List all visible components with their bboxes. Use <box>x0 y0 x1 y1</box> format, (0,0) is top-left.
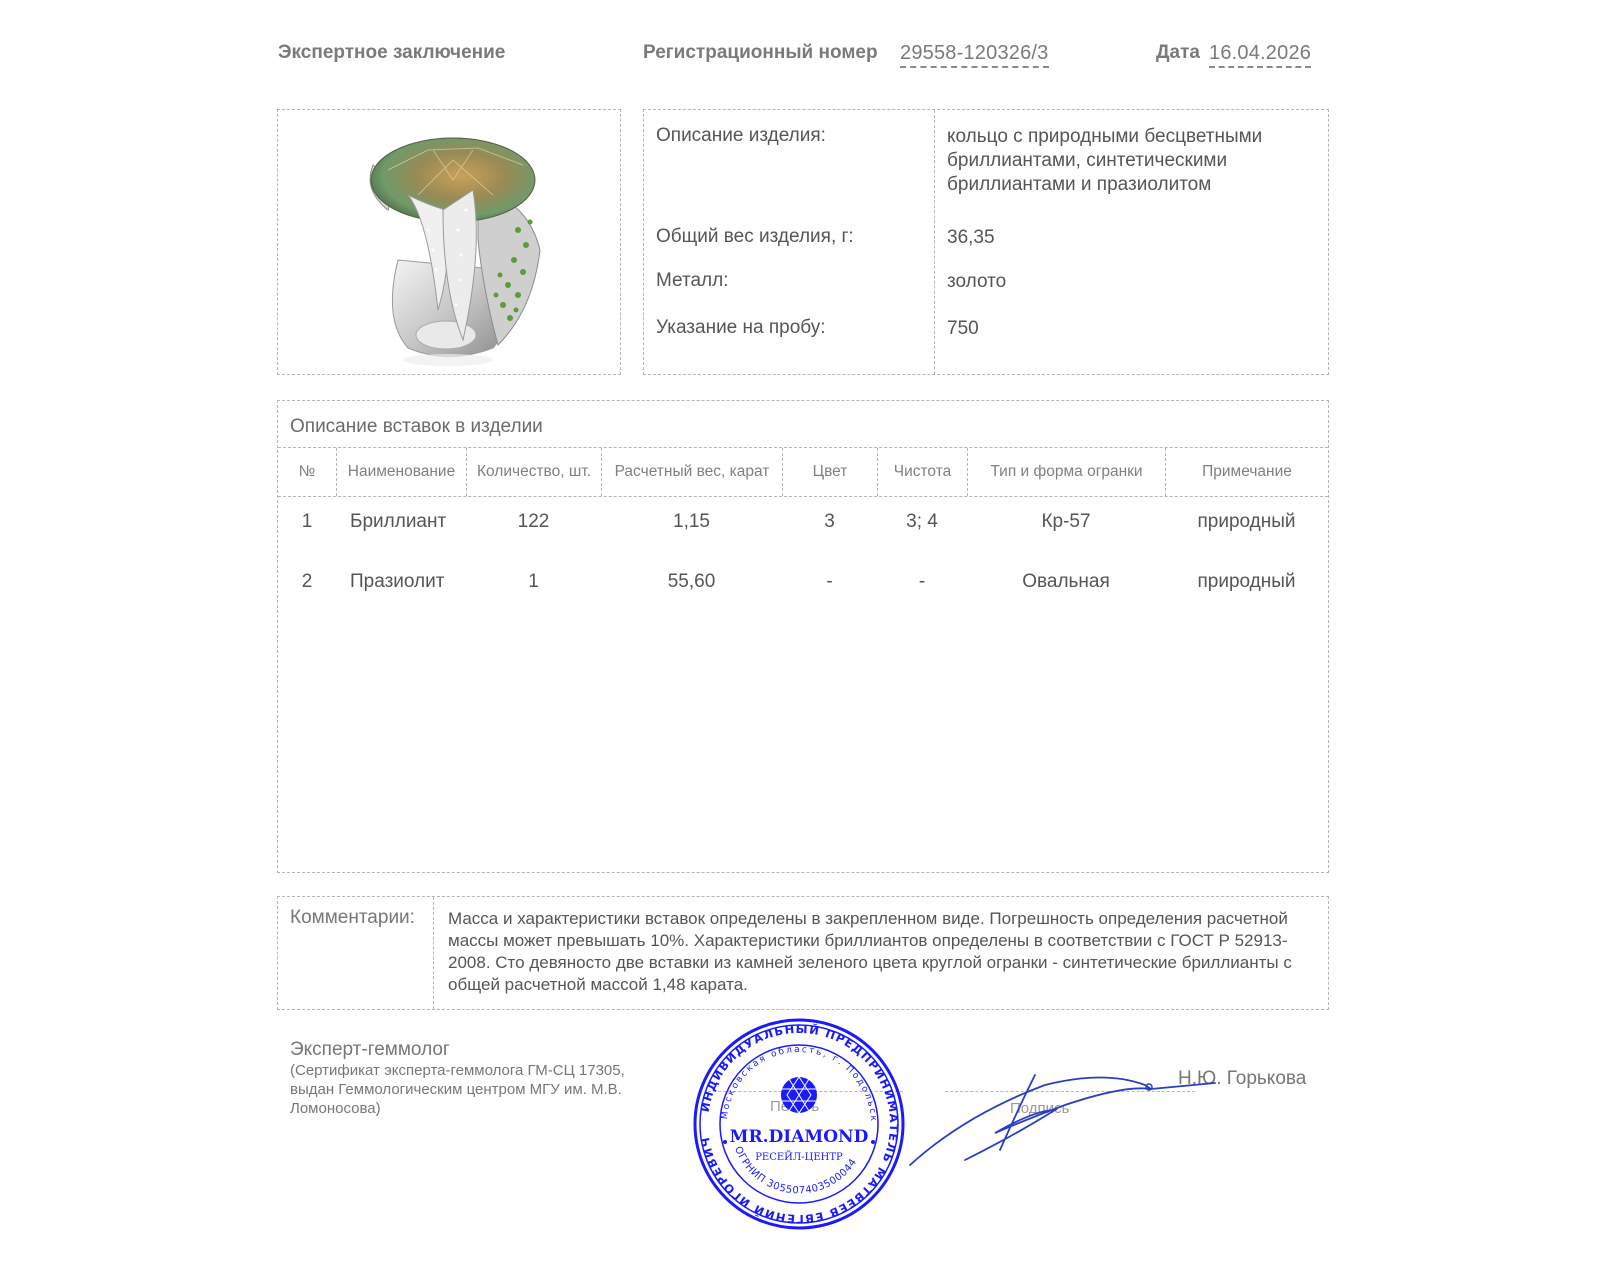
expert-certificate: (Сертификат эксперта-геммолога ГМ-СЦ 173… <box>290 1061 670 1118</box>
description-value: кольцо с природными бесцветными бриллиан… <box>947 125 1317 197</box>
cell-clarity: - <box>877 562 967 602</box>
cell-name: Празиолит <box>350 562 444 602</box>
diamond-logo-icon <box>781 1077 817 1113</box>
cell-color: 3 <box>782 502 877 542</box>
description-label: Описание изделия: <box>656 125 826 147</box>
column-header-quantity: Количество, шт. <box>466 448 601 496</box>
comments-divider <box>433 897 434 1009</box>
comments-label: Комментарии: <box>290 907 415 929</box>
registration-number-value: 29558-120326/3 <box>900 42 1049 68</box>
expert-title: Эксперт-геммолог <box>290 1039 450 1061</box>
total-weight-label: Общий вес изделия, г: <box>656 226 854 248</box>
product-image-box <box>277 109 621 375</box>
inserts-table: Описание вставок в изделии № Наименовани… <box>277 400 1329 873</box>
metal-value: золото <box>947 270 1317 294</box>
column-header-cut: Тип и форма огранки <box>967 448 1165 496</box>
cell-quantity: 1 <box>466 562 601 602</box>
table-row: 1 Бриллиант 122 1,15 3 3; 4 Кр-57 природ… <box>278 502 1328 542</box>
column-header-clarity: Чистота <box>877 448 967 496</box>
inserts-title: Описание вставок в изделии <box>290 416 543 438</box>
comments-text: Масса и характеристики вставок определен… <box>448 908 1318 996</box>
company-stamp-icon: ИНДИВИДУАЛЬНЫЙ ПРЕДПРИНИМАТЕЛЬ МАТВЕЕВ Е… <box>692 1017 906 1231</box>
cell-name: Бриллиант <box>350 502 446 542</box>
column-header-note: Примечание <box>1165 448 1328 496</box>
cell-color: - <box>782 562 877 602</box>
comments-box: Комментарии: Масса и характеристики вста… <box>277 896 1329 1010</box>
cell-note: природный <box>1165 562 1328 602</box>
table-row: 2 Празиолит 1 55,60 - - Овальная природн… <box>278 562 1328 602</box>
date-value: 16.04.2026 <box>1209 42 1311 68</box>
document-title: Экспертное заключение <box>278 42 505 64</box>
cell-clarity: 3; 4 <box>877 502 967 542</box>
cell-cut: Кр-57 <box>967 502 1165 542</box>
column-header-name: Наименование <box>336 448 466 496</box>
hallmark-label: Указание на пробу: <box>656 317 826 339</box>
details-divider <box>934 110 935 374</box>
column-header-weight: Расчетный вес, карат <box>601 448 782 496</box>
ring-photo-icon <box>278 110 619 373</box>
cell-note: природный <box>1165 502 1328 542</box>
cell-number: 1 <box>278 502 336 542</box>
stamp-brand: MR.DIAMOND <box>730 1127 869 1147</box>
column-header-number: № <box>278 448 336 496</box>
column-header-color: Цвет <box>782 448 877 496</box>
registration-number-label: Регистрационный номер <box>643 42 878 64</box>
inserts-table-header: № Наименование Количество, шт. Расчетный… <box>278 447 1328 497</box>
metal-label: Металл: <box>656 270 728 292</box>
stamp-subtitle: РЕСЕЙЛ-ЦЕНТР <box>755 1151 843 1163</box>
date-label: Дата <box>1156 42 1200 64</box>
cell-quantity: 122 <box>466 502 601 542</box>
cell-number: 2 <box>278 562 336 602</box>
hallmark-value: 750 <box>947 317 1317 341</box>
signature-icon <box>905 1065 1245 1175</box>
item-details-table: Описание изделия: кольцо с природными бе… <box>643 109 1329 375</box>
cell-weight: 1,15 <box>601 502 782 542</box>
cell-weight: 55,60 <box>601 562 782 602</box>
cell-cut: Овальная <box>967 562 1165 602</box>
total-weight-value: 36,35 <box>947 226 1317 250</box>
